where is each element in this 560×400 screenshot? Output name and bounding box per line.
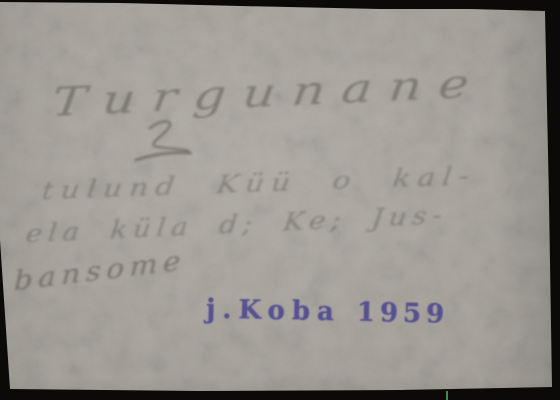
handwriting-underline-stroke [136, 153, 190, 160]
scan-artifact-green-line [446, 391, 448, 400]
stamp-year: 1959 [357, 298, 450, 330]
date-stamp: j.Koba1959 [206, 294, 450, 329]
stamp-name: j.Koba [206, 294, 341, 327]
handwriting-descender-stroke [150, 121, 188, 151]
photo-paper-verso: Turgunane tulund Küü o kal- ela küla d; … [0, 0, 560, 400]
scan-background: Turgunane tulund Küü o kal- ela küla d; … [0, 0, 560, 400]
